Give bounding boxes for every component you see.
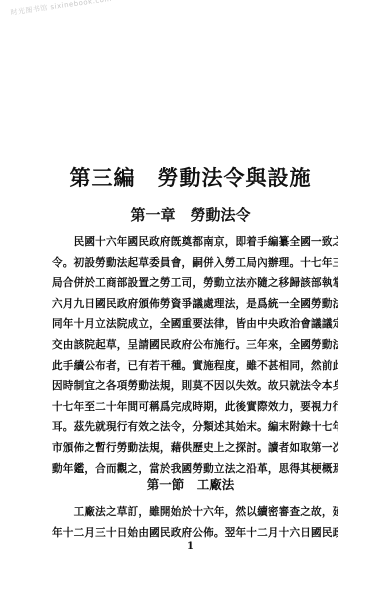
text-line: 因時制宜之各項勞動法規，則莫不因以失效。故只就法令本身而言， [52, 376, 338, 397]
text-line: 交由該院起草，呈請國民政府公布施行。三年來，全國勞動法令，依 [52, 335, 338, 356]
watermark: 时光图书馆 sixinebook.com [10, 0, 112, 18]
paragraph-factory-law: 工廠法之草訂，雖開始於十六年，然以續密審查之故，延至十八 年十二月三十日始由國民… [52, 502, 338, 543]
text-line: 工廠法之草訂，雖開始於十六年，然以續密審查之故，延至十八 [52, 502, 338, 523]
text-line: 耳。茲先就現行有效之法令，分類述其始末。編末附錄十七年後各省 [52, 417, 338, 438]
text-line: 民國十六年國民政府旣奠都南京，即着手編纂全國一致之勞動法 [52, 232, 338, 253]
text-line: 局合併於工商部設置之勞工司，勞動立法亦隨之移歸該部執掌。是年 [52, 273, 338, 294]
paragraph-labor-law-history: 民國十六年國民政府旣奠都南京，即着手編纂全國一致之勞動法 令。初設勞動法起草委員… [52, 232, 338, 479]
section-title: 第一節 工廠法 [0, 475, 381, 493]
page-number: 1 [0, 541, 381, 552]
part-title: 第三編 勞動法令與設施 [0, 162, 381, 192]
text-line: 市頒佈之暫行勞動法規，藉供歷史上之探討。讀者如取第一次中國勞 [52, 438, 338, 459]
text-line: 令。初設勞動法起草委員會，嗣併入勞工局內辦理。十七年三月勞工 [52, 253, 338, 274]
text-line: 同年十月立法院成立，全國重要法律，皆由中央政治會議議定原則， [52, 314, 338, 335]
text-line: 此手續公布者，已有若干種。實施程度，雖不甚相同，然前此各地方 [52, 356, 338, 377]
text-line: 六月九日國民政府頒佈勞資爭議處理法，是爲統一全國勞動法之始。 [52, 294, 338, 315]
text-line: 十七年至二十年間可稱爲完成時期，此後實際效力，要視力行如何 [52, 397, 338, 418]
chapter-title: 第一章 勞動法令 [0, 204, 381, 225]
